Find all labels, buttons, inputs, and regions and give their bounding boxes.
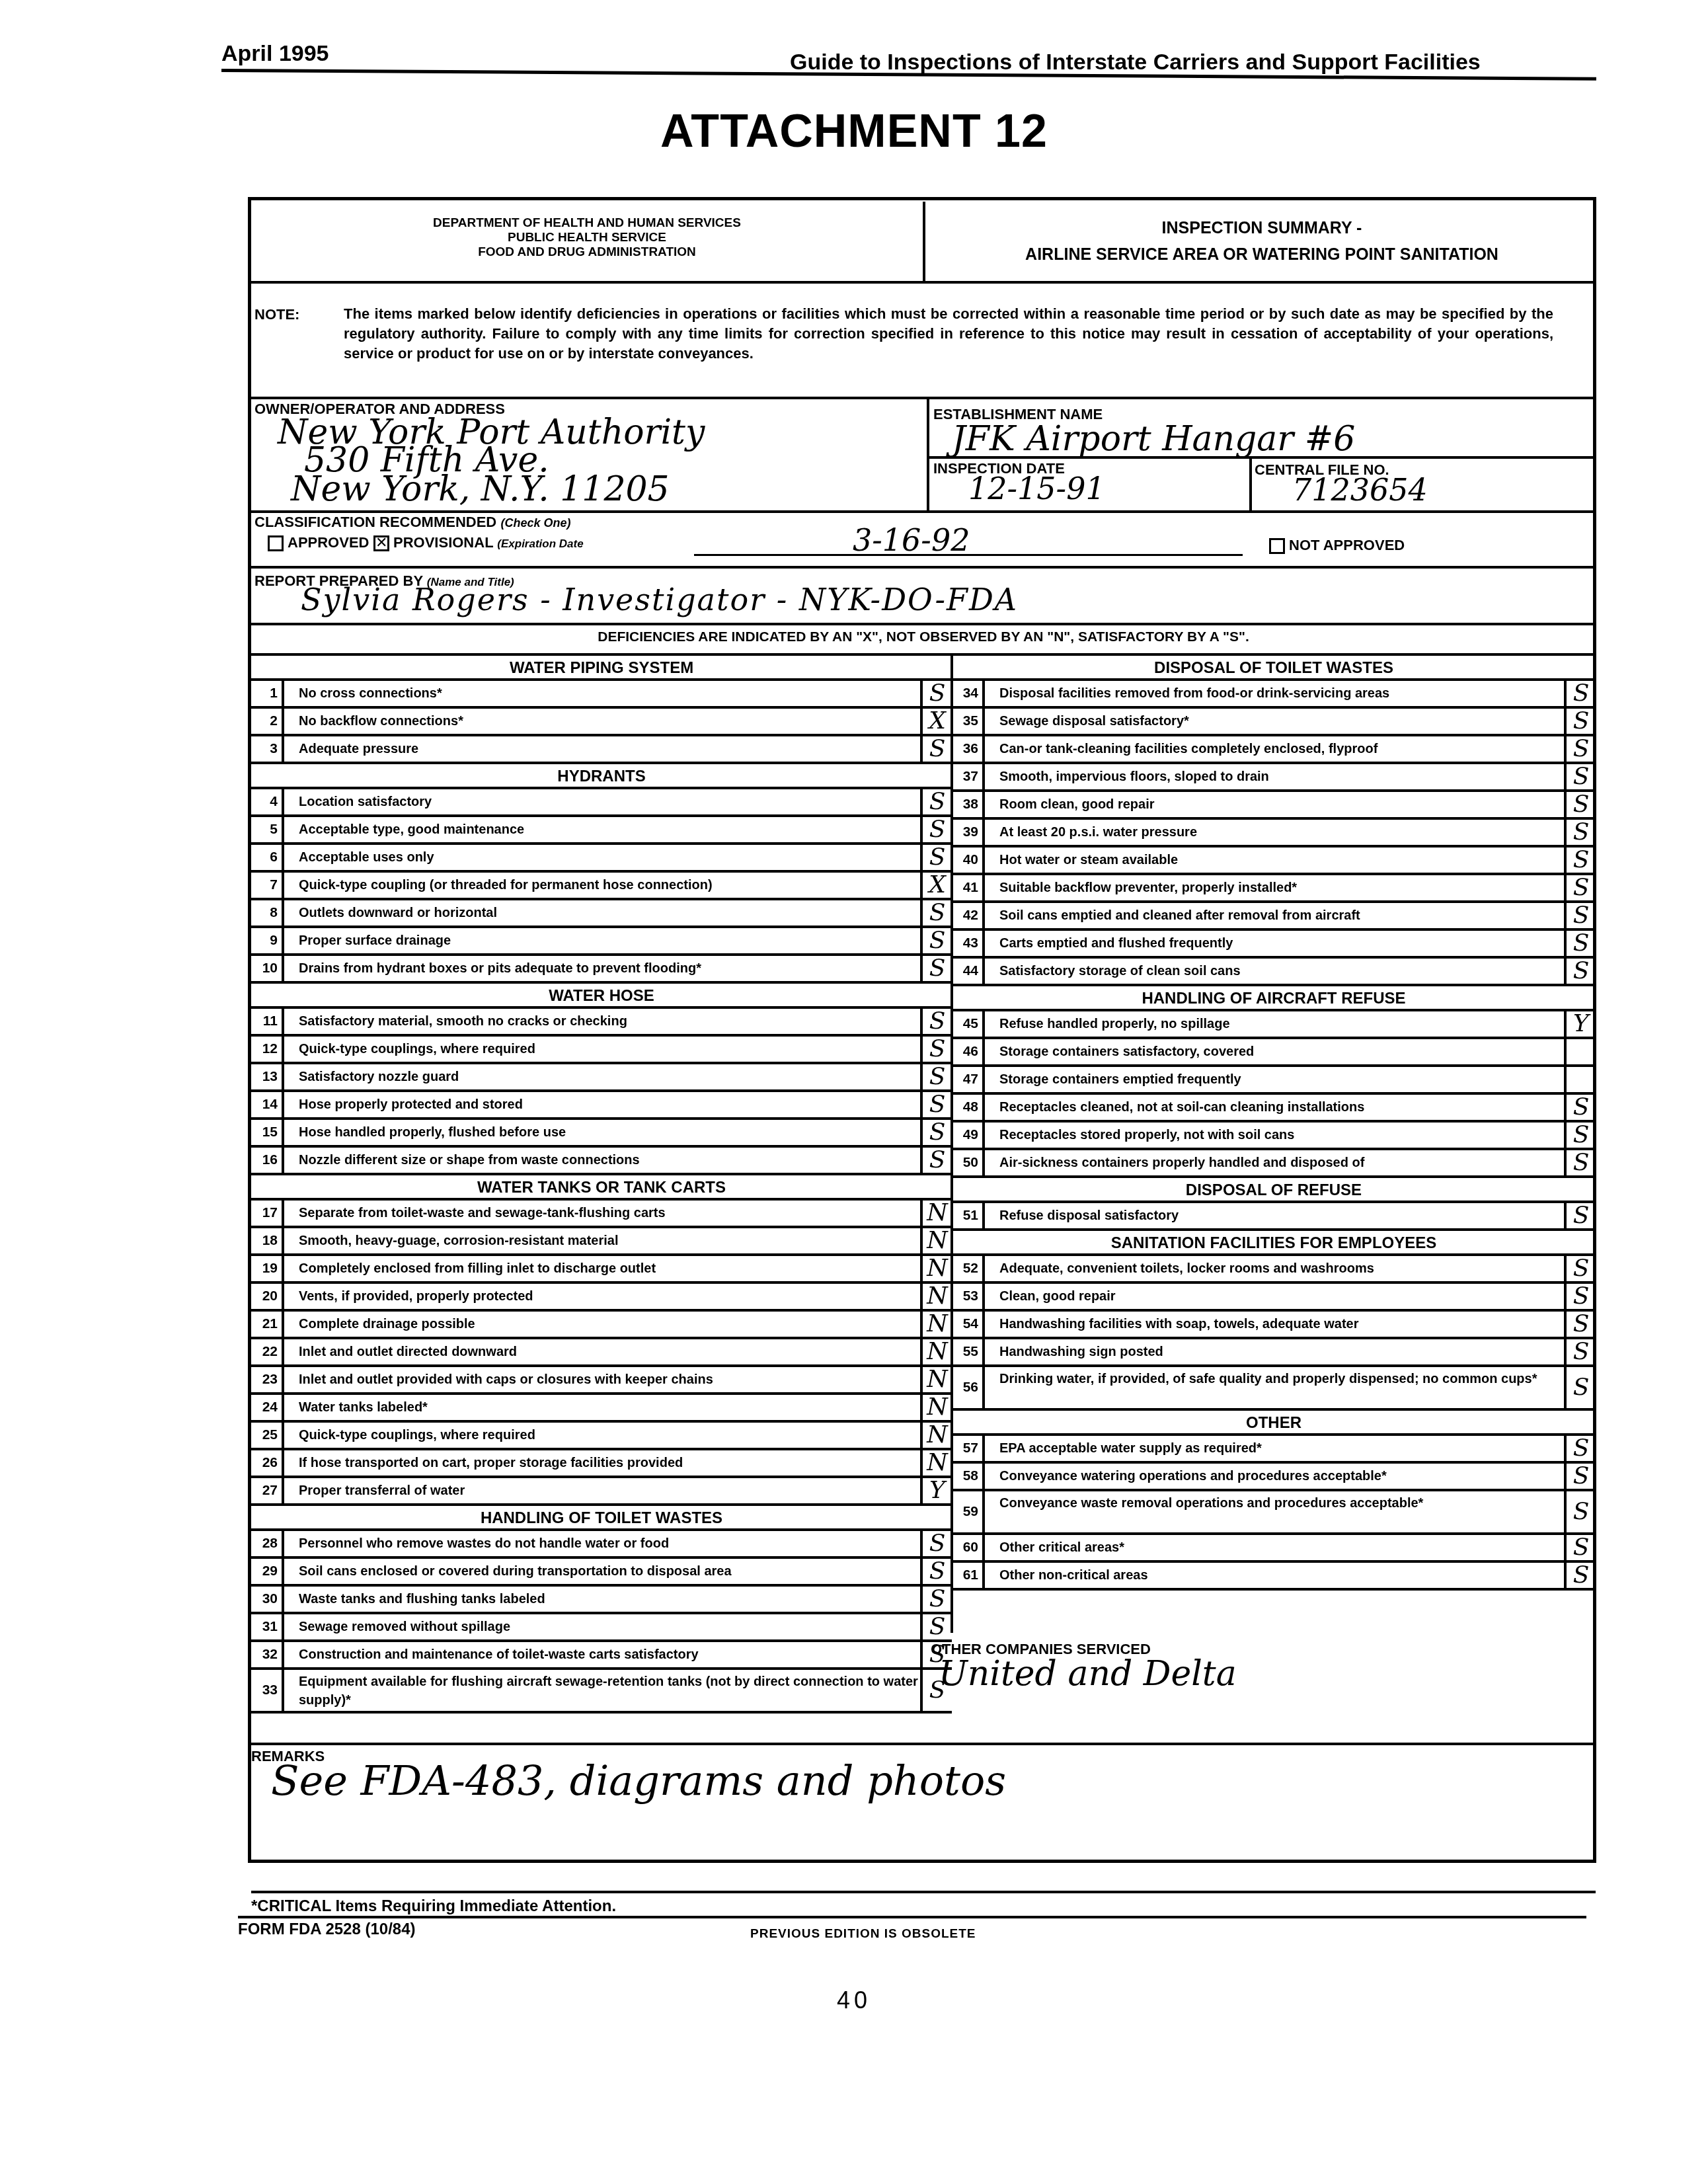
item-number: 58 [952, 1464, 985, 1489]
item-status-mark[interactable]: S [1564, 681, 1596, 706]
item-status-mark[interactable]: N [920, 1201, 952, 1226]
item-description: Suitable backflow preventer, properly in… [985, 875, 1564, 900]
item-description: Inlet and outlet directed downward [284, 1339, 920, 1364]
summary-title-block: INSPECTION SUMMARY - AIRLINE SERVICE ARE… [928, 202, 1596, 281]
item-description: Outlets downward or horizontal [284, 900, 920, 926]
item-status-mark[interactable]: S [1564, 1339, 1596, 1364]
item-number: 39 [952, 820, 985, 845]
item-status-mark[interactable] [1564, 1067, 1596, 1092]
item-number: 59 [952, 1491, 985, 1532]
checklist-row: 56Drinking water, if provided, of safe q… [952, 1367, 1596, 1411]
item-number: 50 [952, 1150, 985, 1175]
item-number: 48 [952, 1095, 985, 1120]
item-description: Storage containers satisfactory, covered [985, 1039, 1564, 1064]
item-number: 33 [251, 1670, 284, 1711]
checklist-row: 20Vents, if provided, properly protected… [251, 1284, 952, 1312]
item-description: Soil cans emptied and cleaned after remo… [985, 903, 1564, 928]
checklist-row: 11Satisfactory material, smooth no crack… [251, 1009, 952, 1037]
item-status-mark[interactable]: S [1564, 764, 1596, 789]
checklist-row: 48Receptacles cleaned, not at soil-can c… [952, 1095, 1596, 1123]
item-status-mark[interactable]: S [1564, 1203, 1596, 1228]
item-number: 36 [952, 736, 985, 762]
section-heading: WATER HOSE [251, 984, 952, 1009]
checklist-row: 31Sewage removed without spillageS [251, 1614, 952, 1642]
item-number: 10 [251, 956, 284, 981]
item-number: 52 [952, 1256, 985, 1281]
item-description: Conveyance watering operations and proce… [985, 1464, 1564, 1489]
item-number: 57 [952, 1436, 985, 1461]
item-number: 7 [251, 873, 284, 898]
item-number: 47 [952, 1067, 985, 1092]
item-status-mark[interactable]: S [920, 817, 952, 842]
classification-hint: (Check One) [500, 516, 570, 530]
checklist-row: 33Equipment available for flushing aircr… [251, 1670, 952, 1714]
provisional-label: PROVISIONAL [393, 534, 493, 551]
item-description: Quick-type coupling (or threaded for per… [284, 873, 920, 898]
establishment-name-field[interactable]: JFK Airport Hangar #6 [952, 423, 1355, 455]
item-status-mark[interactable]: N [920, 1256, 952, 1281]
checklist-row: 57EPA acceptable water supply as require… [952, 1436, 1596, 1464]
item-description: Soil cans enclosed or covered during tra… [284, 1559, 920, 1584]
item-description: Personnel who remove wastes do not handl… [284, 1531, 920, 1556]
attachment-title: ATTACHMENT 12 [0, 104, 1708, 157]
item-status-mark[interactable]: S [920, 928, 952, 953]
item-status-mark[interactable] [1564, 1039, 1596, 1064]
item-number: 61 [952, 1563, 985, 1588]
section-heading: DISPOSAL OF REFUSE [952, 1178, 1596, 1203]
checklist-row: 37Smooth, impervious floors, sloped to d… [952, 764, 1596, 792]
item-description: Satisfactory storage of clean soil cans [985, 959, 1564, 984]
checklist-row: 32Construction and maintenance of toilet… [251, 1642, 952, 1670]
left-checklist: WATER PIPING SYSTEM1No cross connections… [251, 656, 952, 1714]
page-header-guide-title: Guide to Inspections of Interstate Carri… [790, 50, 1481, 75]
item-status-mark[interactable]: S [920, 1120, 952, 1145]
item-number: 18 [251, 1228, 284, 1253]
item-status-mark[interactable]: S [1564, 875, 1596, 900]
item-number: 8 [251, 900, 284, 926]
item-status-mark[interactable]: Y [1564, 1011, 1596, 1037]
item-status-mark[interactable]: S [1564, 709, 1596, 734]
divider [928, 456, 1596, 459]
checklist-row: 13Satisfactory nozzle guardS [251, 1064, 952, 1092]
item-number: 3 [251, 736, 284, 762]
checklist-row: 27Proper transferral of waterY [251, 1478, 952, 1506]
checklist-row: 7Quick-type coupling (or threaded for pe… [251, 873, 952, 900]
item-number: 19 [251, 1256, 284, 1281]
item-status-mark[interactable]: S [1564, 1464, 1596, 1489]
item-status-mark[interactable]: S [1564, 1312, 1596, 1337]
item-status-mark[interactable]: S [920, 1064, 952, 1089]
item-description: Quick-type couplings, where required [284, 1037, 920, 1062]
item-status-mark[interactable]: S [1564, 903, 1596, 928]
not-approved-option[interactable]: NOT APPROVED [1269, 537, 1405, 554]
item-description: Adequate pressure [284, 736, 920, 762]
expiration-date-field[interactable]: 3-16-92 [853, 522, 970, 558]
item-description: Quick-type couplings, where required [284, 1423, 920, 1448]
item-status-mark[interactable]: S [920, 1009, 952, 1034]
item-status-mark[interactable]: S [1564, 1367, 1596, 1408]
checklist-row: 3Adequate pressureS [251, 736, 952, 764]
item-number: 1 [251, 681, 284, 706]
item-status-mark[interactable]: S [920, 900, 952, 926]
item-status-mark[interactable]: N [920, 1423, 952, 1448]
checklist-row: 44Satisfactory storage of clean soil can… [952, 959, 1596, 986]
checklist-row: 54Handwashing facilities with soap, towe… [952, 1312, 1596, 1339]
item-status-mark[interactable]: S [920, 1148, 952, 1173]
item-status-mark[interactable]: S [920, 1092, 952, 1117]
item-status-mark[interactable]: N [920, 1284, 952, 1309]
item-status-mark[interactable]: S [1564, 1123, 1596, 1148]
item-number: 16 [251, 1148, 284, 1173]
item-number: 21 [251, 1312, 284, 1337]
item-description: Storage containers emptied frequently [985, 1067, 1564, 1092]
item-description: Other critical areas* [985, 1535, 1564, 1560]
approved-option[interactable]: APPROVED [268, 534, 369, 551]
item-description: Can-or tank-cleaning facilities complete… [985, 736, 1564, 762]
item-number: 20 [251, 1284, 284, 1309]
section-heading: WATER TANKS OR TANK CARTS [251, 1175, 952, 1201]
item-status-mark[interactable]: S [920, 845, 952, 870]
checklist-row: 14Hose properly protected and storedS [251, 1092, 952, 1120]
previous-edition-note: PREVIOUS EDITION IS OBSOLETE [750, 1927, 976, 1942]
item-description: Waste tanks and flushing tanks labeled [284, 1587, 920, 1612]
item-number: 31 [251, 1614, 284, 1639]
checklist-row: 47Storage containers emptied frequently [952, 1067, 1596, 1095]
checklist-row: 28Personnel who remove wastes do not han… [251, 1531, 952, 1559]
not-approved-checkbox[interactable] [1269, 538, 1285, 554]
checklist-row: 6Acceptable uses onlyS [251, 845, 952, 873]
note-label: NOTE: [254, 306, 299, 323]
agency-block: DEPARTMENT OF HEALTH AND HUMAN SERVICES … [251, 202, 925, 281]
item-number: 4 [251, 789, 284, 814]
divider [251, 1891, 1596, 1893]
item-description: Conveyance waste removal operations and … [985, 1491, 1564, 1532]
item-description: If hose transported on cart, proper stor… [284, 1450, 920, 1476]
item-number: 41 [952, 875, 985, 900]
checklist-row: 26If hose transported on cart, proper st… [251, 1450, 952, 1478]
divider [251, 397, 1596, 399]
checklist-row: 1No cross connections*S [251, 681, 952, 709]
checklist-row: 59Conveyance waste removal operations an… [952, 1491, 1596, 1535]
checklist-row: 5Acceptable type, good maintenanceS [251, 817, 952, 845]
checklist-row: 42Soil cans emptied and cleaned after re… [952, 903, 1596, 931]
item-status-mark[interactable]: S [1564, 1150, 1596, 1175]
checklist-row: 34Disposal facilities removed from food-… [952, 681, 1596, 709]
item-number: 32 [251, 1642, 284, 1667]
item-number: 60 [952, 1535, 985, 1560]
checklist-row: 17Separate from toilet-waste and sewage-… [251, 1201, 952, 1228]
item-status-mark[interactable]: N [920, 1339, 952, 1364]
item-description: Receptacles stored properly, not with so… [985, 1123, 1564, 1148]
owner-line-3[interactable]: New York, N.Y. 11205 [291, 473, 670, 505]
item-number: 37 [952, 764, 985, 789]
item-description: Completely enclosed from filling inlet t… [284, 1256, 920, 1281]
agency-line: FOOD AND DRUG ADMINISTRATION [251, 245, 923, 260]
item-description: Proper surface drainage [284, 928, 920, 953]
item-status-mark[interactable]: S [920, 1037, 952, 1062]
item-number: 54 [952, 1312, 985, 1337]
item-description: Refuse disposal satisfactory [985, 1203, 1564, 1228]
item-number: 42 [952, 903, 985, 928]
item-description: Construction and maintenance of toilet-w… [284, 1642, 920, 1667]
item-description: At least 20 p.s.i. water pressure [985, 820, 1564, 845]
section-heading: HANDLING OF AIRCRAFT REFUSE [952, 986, 1596, 1011]
item-description: Vents, if provided, properly protected [284, 1284, 920, 1309]
item-status-mark[interactable]: N [920, 1450, 952, 1476]
checklist-row: 18Smooth, heavy-guage, corrosion-resista… [251, 1228, 952, 1256]
checklist-row: 12Quick-type couplings, where requiredS [251, 1037, 952, 1064]
checklist-row: 53Clean, good repairS [952, 1284, 1596, 1312]
checklist-row: 8Outlets downward or horizontalS [251, 900, 952, 928]
item-description: Location satisfactory [284, 789, 920, 814]
item-description: Equipment available for flushing aircraf… [284, 1670, 920, 1711]
item-status-mark[interactable]: S [1564, 959, 1596, 984]
checklist-row: 45Refuse handled properly, no spillageY [952, 1011, 1596, 1039]
page-number: 40 [0, 1987, 1708, 2014]
item-description: Sewage removed without spillage [284, 1614, 920, 1639]
item-number: 22 [251, 1339, 284, 1364]
item-number: 35 [952, 709, 985, 734]
checklist-row: 43Carts emptied and flushed frequentlyS [952, 931, 1596, 959]
item-status-mark[interactable]: S [1564, 820, 1596, 845]
item-status-mark[interactable]: S [920, 736, 952, 762]
item-status-mark[interactable]: X [920, 873, 952, 898]
item-description: Other non-critical areas [985, 1563, 1564, 1588]
item-number: 43 [952, 931, 985, 956]
item-number: 51 [952, 1203, 985, 1228]
item-number: 11 [251, 1009, 284, 1034]
checklist-row: 55Handwashing sign postedS [952, 1339, 1596, 1367]
item-status-mark[interactable]: N [920, 1312, 952, 1337]
not-approved-label: NOT APPROVED [1289, 537, 1405, 553]
divider [251, 281, 1596, 284]
checklist-row: 22Inlet and outlet directed downwardN [251, 1339, 952, 1367]
item-status-mark[interactable]: S [1564, 931, 1596, 956]
item-description: Satisfactory material, smooth no cracks … [284, 1009, 920, 1034]
checklist-row: 29Soil cans enclosed or covered during t… [251, 1559, 952, 1587]
item-number: 30 [251, 1587, 284, 1612]
checklist-row: 10Drains from hydrant boxes or pits adeq… [251, 956, 952, 984]
divider [927, 397, 929, 510]
item-description: Air-sickness containers properly handled… [985, 1150, 1564, 1175]
item-description: Receptacles cleaned, not at soil-can cle… [985, 1095, 1564, 1120]
item-number: 12 [251, 1037, 284, 1062]
checklist-row: 15Hose handled properly, flushed before … [251, 1120, 952, 1148]
divider [251, 510, 1596, 513]
item-number: 24 [251, 1395, 284, 1420]
item-description: Disposal facilities removed from food-or… [985, 681, 1564, 706]
item-status-mark[interactable]: S [920, 789, 952, 814]
item-status-mark[interactable]: S [1564, 1535, 1596, 1560]
provisional-option[interactable]: ✕PROVISIONAL (Expiration Date [373, 534, 584, 551]
remarks-box: REMARKS See FDA-483, diagrams and photos [251, 1745, 1596, 1891]
checklist-row: 50Air-sickness containers properly handl… [952, 1150, 1596, 1178]
item-status-mark[interactable]: S [1564, 847, 1596, 873]
approved-label: APPROVED [288, 534, 369, 551]
item-number: 40 [952, 847, 985, 873]
checklist-row: 61Other non-critical areasS [952, 1563, 1596, 1591]
item-status-mark[interactable]: S [1564, 1436, 1596, 1461]
item-description: Proper transferral of water [284, 1478, 920, 1503]
item-number: 2 [251, 709, 284, 734]
item-number: 49 [952, 1123, 985, 1148]
checklist-row: 38Room clean, good repairS [952, 792, 1596, 820]
checklist-row: 16Nozzle different size or shape from wa… [251, 1148, 952, 1175]
section-heading: WATER PIPING SYSTEM [251, 656, 952, 681]
item-description: Hose handled properly, flushed before us… [284, 1120, 920, 1145]
provisional-hint: (Expiration Date [497, 537, 583, 550]
checklist-row: 4Location satisfactoryS [251, 789, 952, 817]
item-number: 28 [251, 1531, 284, 1556]
classification-label-text: CLASSIFICATION RECOMMENDED [254, 514, 496, 530]
item-description: Separate from toilet-waste and sewage-ta… [284, 1201, 920, 1226]
item-number: 6 [251, 845, 284, 870]
item-number: 13 [251, 1064, 284, 1089]
item-status-mark[interactable]: S [920, 1559, 952, 1584]
checklist-row: 41Suitable backflow preventer, properly … [952, 875, 1596, 903]
divider [1249, 457, 1252, 510]
checklist-row: 21Complete drainage possibleN [251, 1312, 952, 1339]
checklist-row: 19Completely enclosed from filling inlet… [251, 1256, 952, 1284]
item-number: 34 [952, 681, 985, 706]
item-description: Refuse handled properly, no spillage [985, 1011, 1564, 1037]
item-number: 55 [952, 1339, 985, 1364]
item-description: Smooth, impervious floors, sloped to dra… [985, 764, 1564, 789]
item-number: 44 [952, 959, 985, 984]
item-status-mark[interactable]: S [920, 956, 952, 981]
section-heading: HANDLING OF TOILET WASTES [251, 1506, 952, 1531]
item-status-mark[interactable]: S [1564, 1563, 1596, 1588]
item-number: 45 [952, 1011, 985, 1037]
item-description: Complete drainage possible [284, 1312, 920, 1337]
summary-line: INSPECTION SUMMARY - [928, 215, 1596, 241]
section-heading: OTHER [952, 1411, 1596, 1436]
inspection-date-field[interactable]: 12-15-91 [968, 471, 1105, 506]
agency-line: PUBLIC HEALTH SERVICE [251, 231, 923, 245]
central-file-field[interactable]: 7123654 [1292, 472, 1428, 508]
item-number: 26 [251, 1450, 284, 1476]
checklist-row: 24Water tanks labeled*N [251, 1395, 952, 1423]
item-description: Drinking water, if provided, of safe qua… [985, 1367, 1564, 1408]
checklist-row: 30Waste tanks and flushing tanks labeled… [251, 1587, 952, 1614]
item-description: Nozzle different size or shape from wast… [284, 1148, 920, 1173]
agency-line: DEPARTMENT OF HEALTH AND HUMAN SERVICES [251, 216, 923, 231]
item-description: Hot water or steam available [985, 847, 1564, 873]
item-description: Carts emptied and flushed frequently [985, 931, 1564, 956]
item-description: Smooth, heavy-guage, corrosion-resistant… [284, 1228, 920, 1253]
item-description: Adequate, convenient toilets, locker roo… [985, 1256, 1564, 1281]
item-status-mark[interactable]: N [920, 1395, 952, 1420]
item-number: 46 [952, 1039, 985, 1064]
classification-label: CLASSIFICATION RECOMMENDED (Check One) [254, 514, 570, 531]
section-heading: SANITATION FACILITIES FOR EMPLOYEES [952, 1231, 1596, 1256]
item-number: 23 [251, 1367, 284, 1392]
section-heading: DISPOSAL OF TOILET WASTES [952, 656, 1596, 681]
item-description: Inlet and outlet provided with caps or c… [284, 1367, 920, 1392]
item-status-mark[interactable]: S [1564, 1095, 1596, 1120]
checklist-row: 35Sewage disposal satisfactory*S [952, 709, 1596, 736]
checklist-row: 52Adequate, convenient toilets, locker r… [952, 1256, 1596, 1284]
item-number: 17 [251, 1201, 284, 1226]
item-description: Acceptable uses only [284, 845, 920, 870]
checklist-row: 58Conveyance watering operations and pro… [952, 1464, 1596, 1491]
item-description: Drains from hydrant boxes or pits adequa… [284, 956, 920, 981]
item-description: Satisfactory nozzle guard [284, 1064, 920, 1089]
summary-line: AIRLINE SERVICE AREA OR WATERING POINT S… [928, 241, 1596, 268]
note-text: The items marked below identify deficien… [344, 304, 1553, 364]
item-status-mark[interactable]: Y [920, 1478, 952, 1503]
remarks-field[interactable]: See FDA-483, diagrams and photos [251, 1765, 1596, 1797]
item-status-mark[interactable]: S [1564, 1491, 1596, 1532]
item-description: Hose properly protected and stored [284, 1092, 920, 1117]
report-prepared-field[interactable]: Sylvia Rogers - Investigator - NYK-DO-FD… [301, 582, 1018, 617]
item-status-mark[interactable]: X [920, 709, 952, 734]
item-description: Water tanks labeled* [284, 1395, 920, 1420]
checklist-row: 46Storage containers satisfactory, cover… [952, 1039, 1596, 1067]
checklist-row: 51Refuse disposal satisfactoryS [952, 1203, 1596, 1231]
divider [238, 1916, 1586, 1918]
item-description: Sewage disposal satisfactory* [985, 709, 1564, 734]
critical-note: *CRITICAL Items Requiring Immediate Atte… [251, 1897, 616, 1916]
item-status-mark[interactable]: S [1564, 792, 1596, 817]
item-number: 9 [251, 928, 284, 953]
item-number: 14 [251, 1092, 284, 1117]
item-number: 5 [251, 817, 284, 842]
item-status-mark[interactable]: S [920, 1587, 952, 1612]
item-status-mark[interactable]: S [1564, 1256, 1596, 1281]
item-number: 38 [952, 792, 985, 817]
item-status-mark[interactable]: S [1564, 1284, 1596, 1309]
divider [251, 623, 1596, 625]
item-description: EPA acceptable water supply as required* [985, 1436, 1564, 1461]
form-number: FORM FDA 2528 (10/84) [238, 1920, 416, 1939]
item-description: Clean, good repair [985, 1284, 1564, 1309]
checklist-row: 40Hot water or steam availableS [952, 847, 1596, 875]
checklist-row: 2No backflow connections*X [251, 709, 952, 736]
other-companies-field[interactable]: United and Delta [925, 1658, 1596, 1690]
approved-checkbox[interactable] [268, 535, 284, 551]
item-description: No backflow connections* [284, 709, 920, 734]
checklist-row: 60Other critical areas*S [952, 1535, 1596, 1563]
right-checklist: DISPOSAL OF TOILET WASTES34Disposal faci… [952, 656, 1596, 1591]
item-number: 15 [251, 1120, 284, 1145]
checklist-row: 9Proper surface drainageS [251, 928, 952, 956]
checklist-row: 25Quick-type couplings, where requiredN [251, 1423, 952, 1450]
item-status-mark[interactable]: S [920, 1531, 952, 1556]
checklist-row: 39At least 20 p.s.i. water pressureS [952, 820, 1596, 847]
item-status-mark[interactable]: S [1564, 736, 1596, 762]
item-description: Acceptable type, good maintenance [284, 817, 920, 842]
item-status-mark[interactable]: N [920, 1228, 952, 1253]
other-companies-box: OTHER COMPANIES SERVICED United and Delt… [925, 1633, 1596, 1745]
item-number: 56 [952, 1367, 985, 1408]
legend-text: DEFICIENCIES ARE INDICATED BY AN "X", NO… [251, 629, 1596, 645]
checklist-row: 49Receptacles stored properly, not with … [952, 1123, 1596, 1150]
page-header-date: April 1995 [221, 41, 329, 67]
divider [251, 566, 1596, 569]
item-number: 25 [251, 1423, 284, 1448]
item-number: 53 [952, 1284, 985, 1309]
provisional-checkbox[interactable]: ✕ [373, 535, 389, 551]
item-description: Room clean, good repair [985, 792, 1564, 817]
item-description: Handwashing facilities with soap, towels… [985, 1312, 1564, 1337]
item-number: 29 [251, 1559, 284, 1584]
item-description: No cross connections* [284, 681, 920, 706]
item-status-mark[interactable]: S [920, 681, 952, 706]
checklist-row: 36Can-or tank-cleaning facilities comple… [952, 736, 1596, 764]
checklist-row: 23Inlet and outlet provided with caps or… [251, 1367, 952, 1395]
item-status-mark[interactable]: N [920, 1367, 952, 1392]
